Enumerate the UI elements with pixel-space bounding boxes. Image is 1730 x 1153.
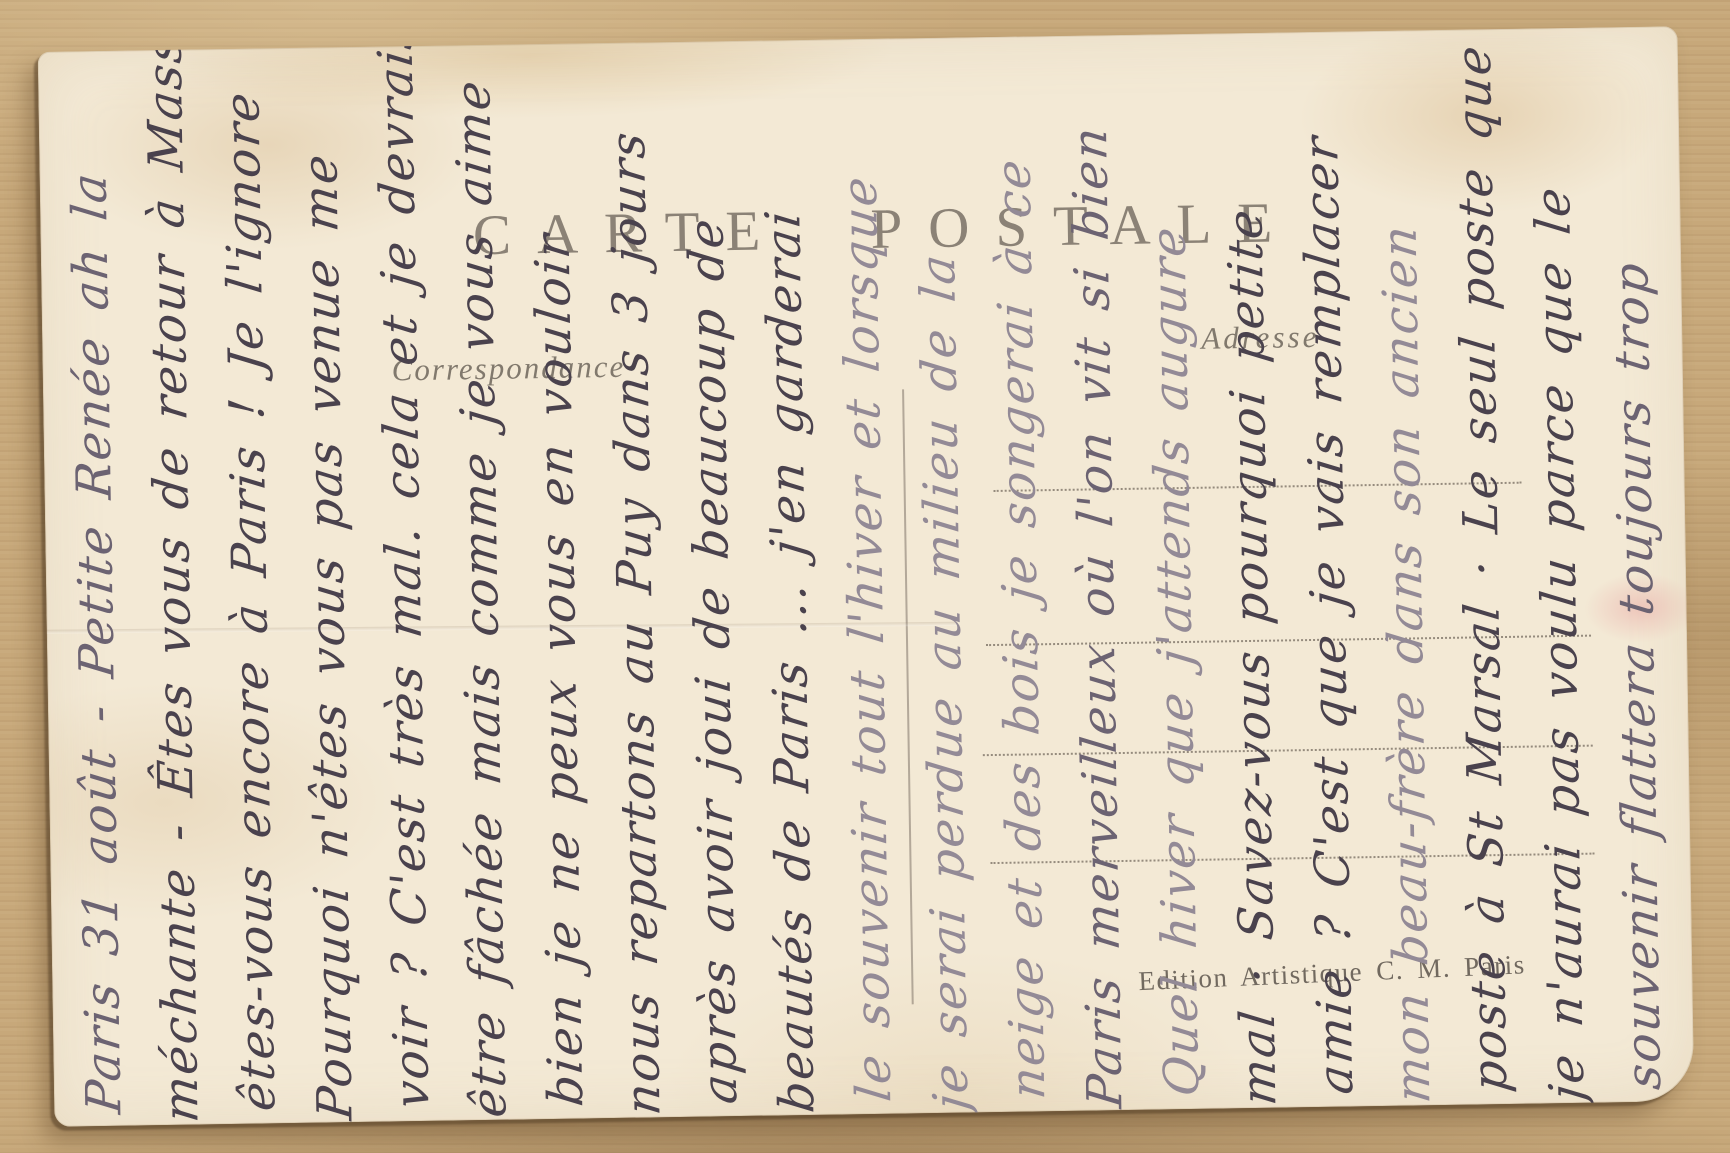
handwriting-layer: Paris 31 août - Petite Renée ah laméchan…: [50, 26, 1695, 1127]
postcard: CARTE POSTALE Correspondance Adresse Edi…: [38, 26, 1695, 1127]
photo-backdrop: CARTE POSTALE Correspondance Adresse Edi…: [0, 0, 1730, 1153]
handwriting-line: souvenir flattera toujours trop: [1589, 26, 1683, 1109]
